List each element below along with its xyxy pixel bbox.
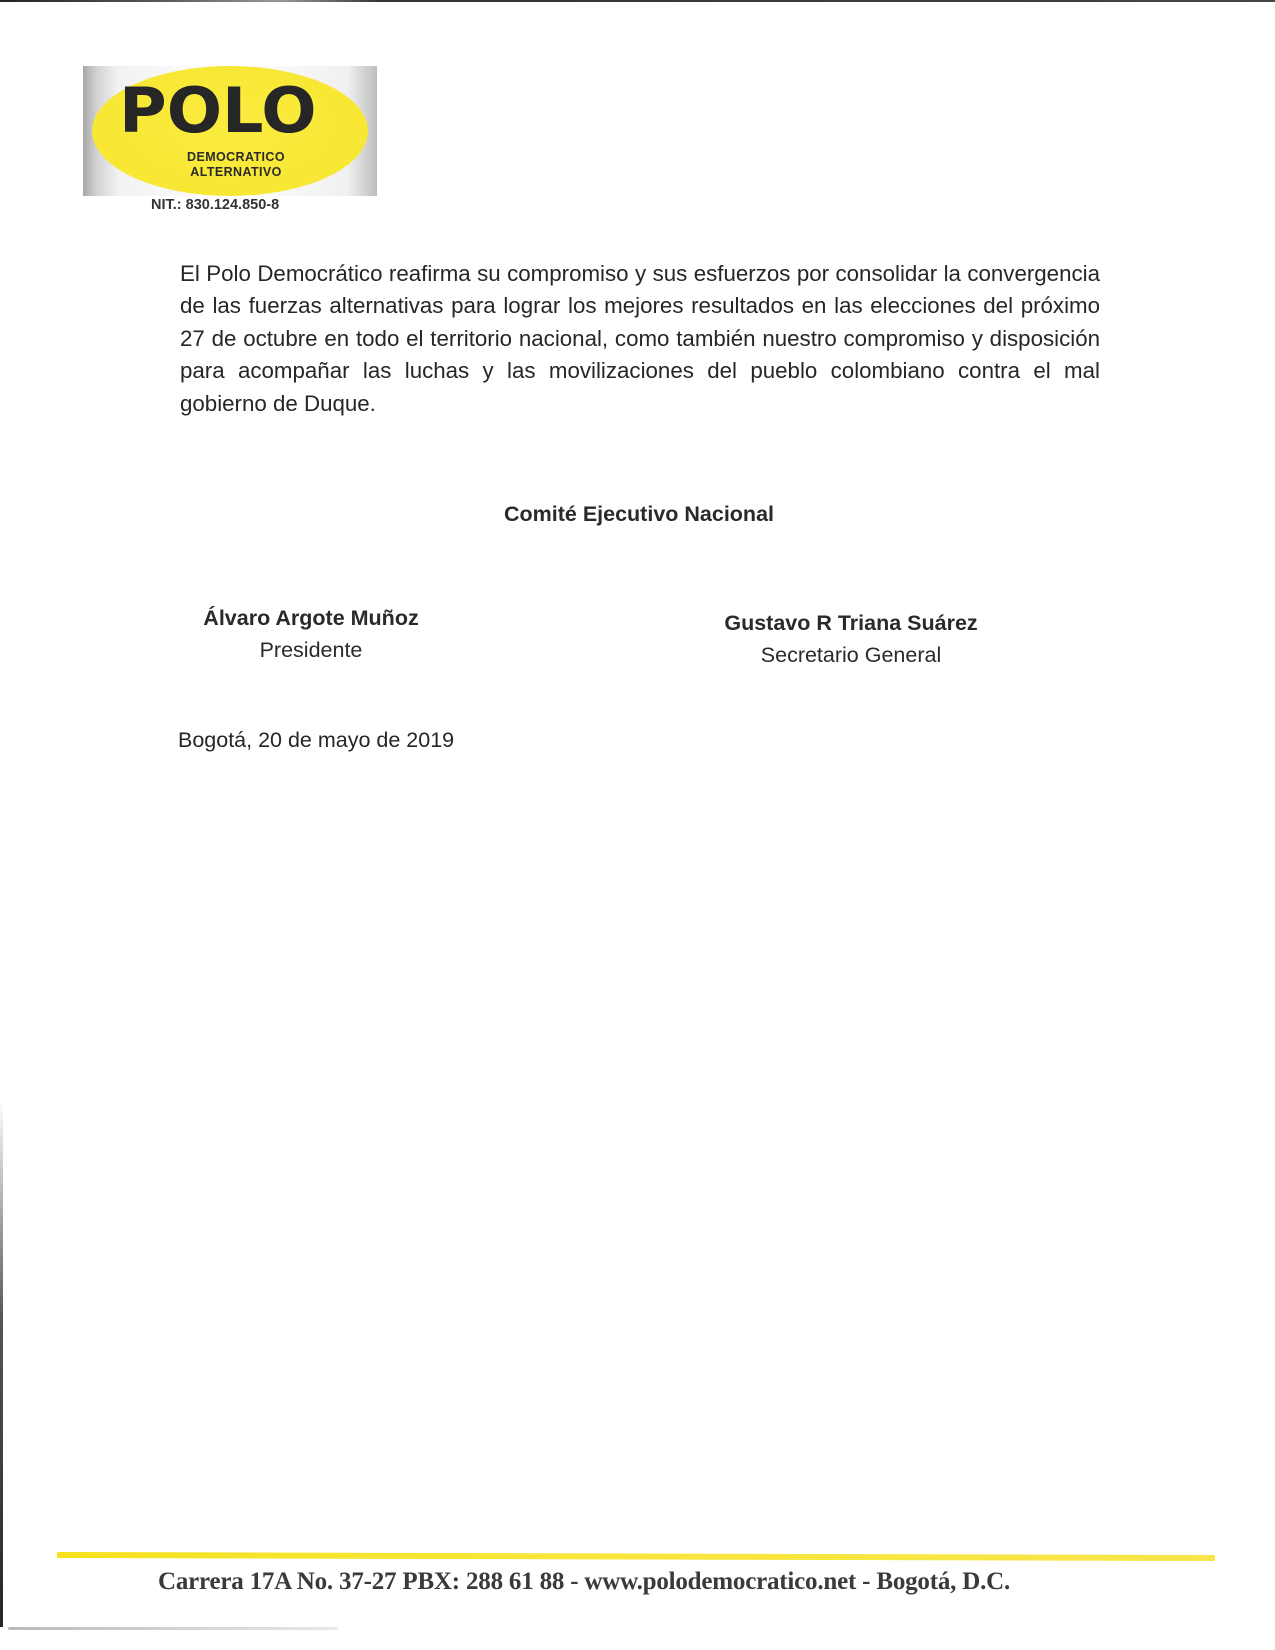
statement-paragraph: El Polo Democrático reafirma su compromi… [180, 258, 1100, 420]
signer-role: Secretario General [700, 643, 1002, 668]
signer-president: Álvaro Argote Muñoz Presidente [185, 606, 437, 663]
logo-title: POLO [119, 80, 317, 142]
scan-shadow [8, 1627, 338, 1630]
party-logo: POLO DEMOCRATICO ALTERNATIVO [83, 66, 377, 196]
signer-name: Álvaro Argote Muñoz [185, 606, 437, 631]
signer-role: Presidente [185, 638, 437, 663]
signer-name: Gustavo R Triana Suárez [700, 611, 1002, 636]
logo-subtitle-line2: ALTERNATIVO [89, 166, 383, 179]
scan-edge-top [0, 0, 1275, 2]
signer-secretary: Gustavo R Triana Suárez Secretario Gener… [700, 611, 1002, 668]
footer-contact: Carrera 17A No. 37-27 PBX: 288 61 88 - w… [158, 1568, 1104, 1596]
place-date: Bogotá, 20 de mayo de 2019 [178, 728, 454, 753]
logo-subtitle-line1: DEMOCRATICO [89, 151, 383, 164]
tax-id: NIT.: 830.124.850-8 [151, 197, 279, 213]
committee-heading: Comité Ejecutivo Nacional [0, 502, 1275, 527]
scan-edge-bottom [0, 1627, 1275, 1650]
footer-divider [57, 1552, 1215, 1561]
scan-edge-left [0, 1100, 3, 1650]
